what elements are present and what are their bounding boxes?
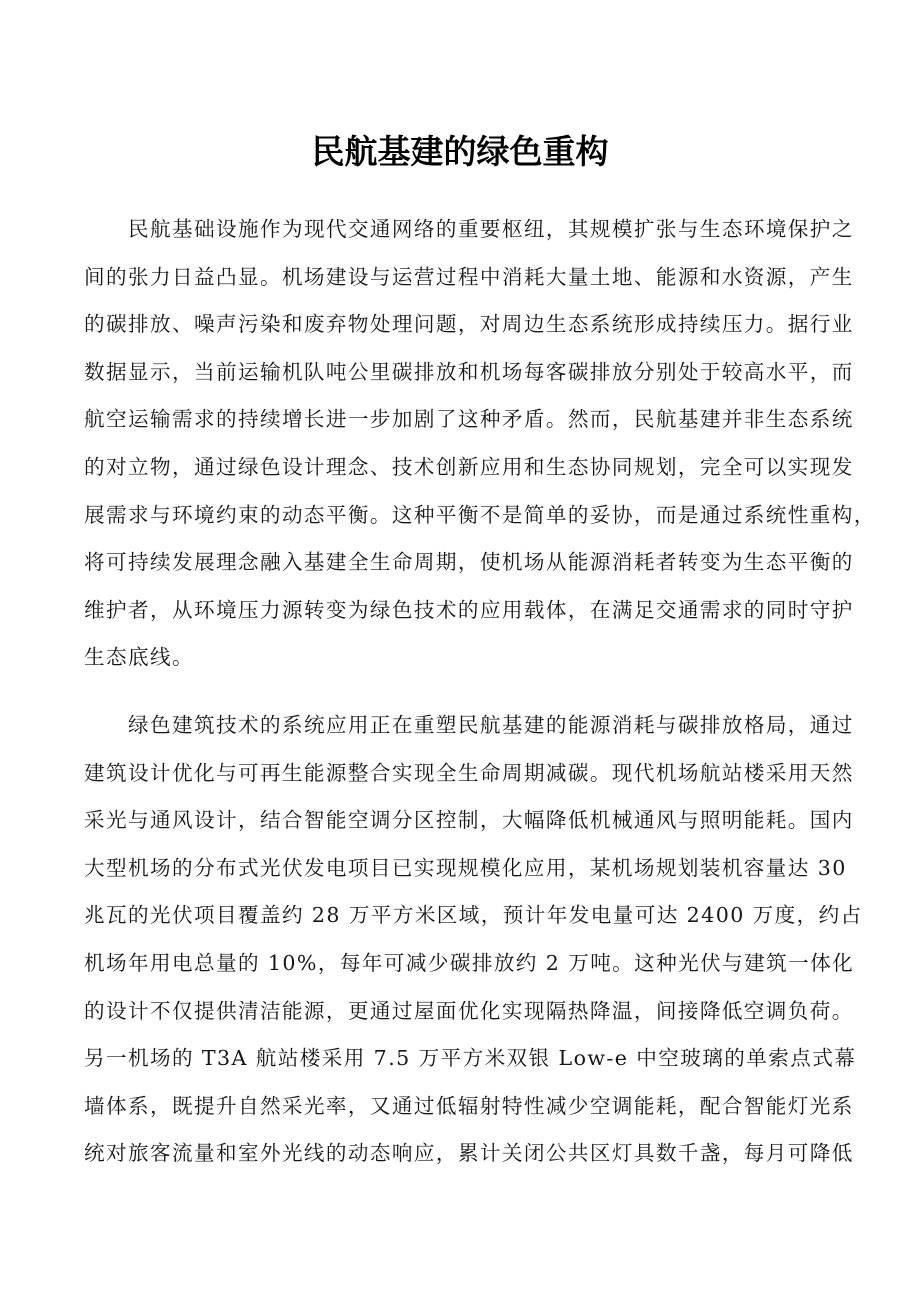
paragraph-line: 将可持续发展理念融入基建全生命周期，使机场从能源消耗者转变为生态平衡的 [84,539,838,587]
paragraph-line: 另一机场的 T3A 航站楼采用 7.5 万平方米双银 Low-e 中空玻璃的单索… [84,1035,838,1083]
paragraph-line: 采光与通风设计，结合智能空调分区控制，大幅降低机械通风与照明能耗。国内 [84,797,838,845]
paragraph-line: 的对立物，通过绿色设计理念、技术创新应用和生态协同规划，完全可以实现发 [84,444,838,492]
paragraph-1: 民航基础设施作为现代交通网络的重要枢纽，其规模扩张与生态环境保护之 间的张力日益… [84,206,838,682]
paragraph-line: 墙体系，既提升自然采光率，又通过低辐射特性减少空调能耗，配合智能灯光系 [84,1083,838,1131]
document-title: 民航基建的绿色重构 [0,128,920,176]
paragraph-line: 兆瓦的光伏项目覆盖约 28 万平方米区域，预计年发电量可达 2400 万度，约占 [84,892,838,940]
paragraph-line: 的碳排放、噪声污染和废弃物处理问题，对周边生态系统形成持续压力。据行业 [84,301,838,349]
paragraph-line: 大型机场的分布式光伏发电项目已实现规模化应用，某机场规划装机容量达 30 [84,845,838,893]
paragraph-line: 生态底线。 [84,634,838,682]
paragraph-2: 绿色建筑技术的系统应用正在重塑民航基建的能源消耗与碳排放格局，通过 建筑设计优化… [84,702,838,1178]
paragraph-line: 维护者，从环境压力源转变为绿色技术的应用载体，在满足交通需求的同时守护 [84,587,838,635]
paragraph-line: 的设计不仅提供清洁能源，更通过屋面优化实现隔热降温，间接降低空调负荷。 [84,988,838,1036]
paragraph-line: 间的张力日益凸显。机场建设与运营过程中消耗大量土地、能源和水资源，产生 [84,254,838,302]
paragraph-line: 展需求与环境约束的动态平衡。这种平衡不是简单的妥协，而是通过系统性重构， [84,492,838,540]
paragraph-line: 绿色建筑技术的系统应用正在重塑民航基建的能源消耗与碳排放格局，通过 [84,702,838,750]
paragraph-line: 航空运输需求的持续增长进一步加剧了这种矛盾。然而，民航基建并非生态系统 [84,396,838,444]
paragraph-line: 统对旅客流量和室外光线的动态响应，累计关闭公共区灯具数千盏，每月可降低 [84,1130,838,1178]
paragraph-line: 民航基础设施作为现代交通网络的重要枢纽，其规模扩张与生态环境保护之 [84,206,838,254]
document-page: 民航基建的绿色重构 民航基础设施作为现代交通网络的重要枢纽，其规模扩张与生态环境… [0,0,920,1302]
paragraph-line: 数据显示，当前运输机队吨公里碳排放和机场每客碳排放分别处于较高水平，而 [84,349,838,397]
paragraph-line: 建筑设计优化与可再生能源整合实现全生命周期减碳。现代机场航站楼采用天然 [84,750,838,798]
paragraph-line: 机场年用电总量的 10%，每年可减少碳排放约 2 万吨。这种光伏与建筑一体化 [84,940,838,988]
